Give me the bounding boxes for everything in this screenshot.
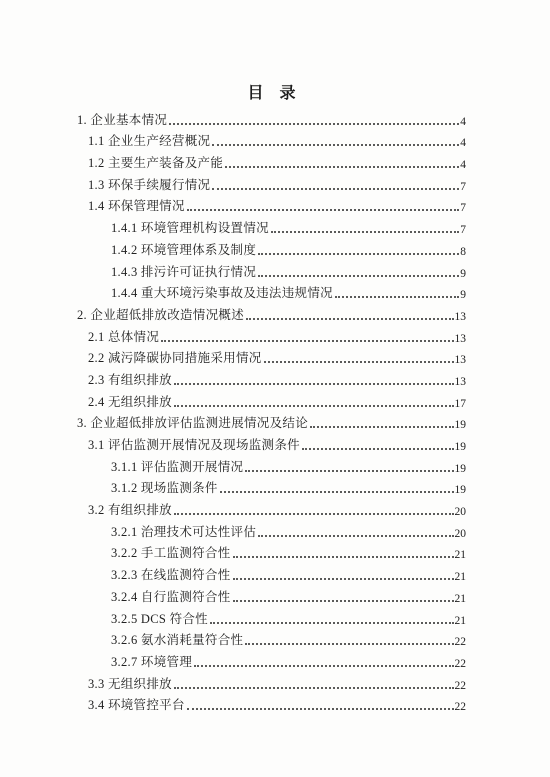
toc-entry-label: 3.2.4 自行监测符合性 [111, 587, 231, 608]
toc-entry-label: 1.2 主要生产装备及产能 [88, 153, 223, 174]
toc-entry-page-number: 17 [455, 398, 467, 413]
toc-leader-dots [302, 448, 454, 450]
toc-list: 1. 企业基本情况 4 1.1 企业生产经营概况 4 1.2 主要生产装备及产能… [77, 109, 466, 716]
toc-leader-dots [220, 491, 454, 493]
toc-entry-label: 1.4 环保管理情况 [88, 196, 185, 217]
toc-entry[interactable]: 1.4.4 重大环境污染事故及违法违规情况 9 [77, 283, 466, 305]
toc-entry-label: 1.3 环保手续履行情况 [88, 175, 210, 196]
toc-entry-page-number: 22 [455, 658, 467, 673]
toc-entry-page-number: 22 [455, 636, 467, 651]
toc-entry-page-number: 19 [455, 484, 467, 499]
toc-leader-dots [233, 556, 454, 558]
toc-leader-dots [225, 166, 459, 168]
toc-leader-dots [174, 383, 454, 385]
toc-entry-label: 3.3 无组织排放 [88, 674, 172, 695]
toc-leader-dots [233, 578, 454, 580]
toc-entry-label: 3.1 评估监测开展情况及现场监测条件 [88, 435, 300, 456]
toc-leader-dots [233, 600, 454, 602]
toc-entry-page-number: 21 [455, 571, 467, 586]
toc-entry[interactable]: 2.1 总体情况 13 [77, 326, 466, 348]
toc-entry-label: 2.4 无组织排放 [88, 392, 172, 413]
toc-entry[interactable]: 3.2 有组织排放 20 [77, 499, 466, 521]
toc-entry-label: 2. 企业超低排放改造情况概述 [77, 305, 244, 326]
toc-entry-page-number: 4 [460, 159, 466, 174]
toc-entry-label: 3.2.6 氨水消耗量符合性 [111, 630, 243, 651]
toc-entry-page-number: 4 [460, 116, 466, 131]
toc-entry-label: 1.4.3 排污许可证执行情况 [111, 262, 256, 283]
toc-entry-page-number: 21 [455, 615, 467, 630]
toc-entry-label: 3.1.2 现场监测条件 [111, 478, 218, 499]
toc-leader-dots [258, 253, 459, 255]
toc-entry[interactable]: 1. 企业基本情况 4 [77, 109, 466, 131]
toc-entry-label: 1. 企业基本情况 [77, 110, 167, 131]
toc-entry[interactable]: 3. 企业超低排放评估监测进展情况及结论 19 [77, 413, 466, 435]
toc-entry[interactable]: 1.4.3 排污许可证执行情况 9 [77, 261, 466, 283]
toc-leader-dots [187, 708, 454, 710]
toc-leader-dots [335, 296, 459, 298]
toc-entry[interactable]: 3.1.1 评估监测开展情况 19 [77, 456, 466, 478]
toc-entry-page-number: 20 [455, 528, 467, 543]
toc-entry-label: 3.2 有组织排放 [88, 500, 172, 521]
toc-entry-page-number: 7 [460, 202, 466, 217]
toc-entry-label: 3.4 环境管控平台 [88, 695, 185, 716]
toc-entry[interactable]: 3.2.6 氨水消耗量符合性 22 [77, 630, 466, 652]
document-page: 目 录 1. 企业基本情况 4 1.1 企业生产经营概况 4 1.2 主要生产装… [0, 0, 550, 777]
toc-entry-label: 2.3 有组织排放 [88, 370, 172, 391]
toc-leader-dots [245, 643, 453, 645]
toc-leader-dots [258, 535, 453, 537]
toc-entry-label: 3.2.3 在线监测符合性 [111, 565, 231, 586]
toc-entry-page-number: 4 [460, 137, 466, 152]
toc-leader-dots [212, 144, 459, 146]
toc-entry[interactable]: 3.2.7 环境管理 22 [77, 651, 466, 673]
toc-entry-page-number: 22 [455, 701, 467, 716]
toc-leader-dots [212, 188, 459, 190]
toc-entry[interactable]: 3.2.4 自行监测符合性 21 [77, 586, 466, 608]
toc-entry-label: 3. 企业超低排放评估监测进展情况及结论 [77, 413, 308, 434]
toc-entry-page-number: 13 [455, 354, 467, 369]
toc-entry-label: 1.4.4 重大环境污染事故及违法违规情况 [111, 283, 333, 304]
toc-entry[interactable]: 2. 企业超低排放改造情况概述 13 [77, 304, 466, 326]
toc-entry-page-number: 7 [460, 181, 466, 196]
toc-entry-label: 3.2.5 DCS 符合性 [111, 609, 208, 630]
toc-entry[interactable]: 3.2.3 在线监测符合性 21 [77, 564, 466, 586]
toc-entry-label: 2.1 总体情况 [88, 327, 159, 348]
toc-entry-page-number: 20 [455, 506, 467, 521]
toc-entry[interactable]: 3.2.1 治理技术可达性评估 20 [77, 521, 466, 543]
toc-leader-dots [310, 426, 453, 428]
toc-leader-dots [210, 622, 454, 624]
toc-leader-dots [174, 687, 454, 689]
toc-entry-label: 3.1.1 评估监测开展情况 [111, 457, 243, 478]
toc-entry[interactable]: 3.1 评估监测开展情况及现场监测条件 19 [77, 434, 466, 456]
toc-entry[interactable]: 2.4 无组织排放 17 [77, 391, 466, 413]
toc-entry[interactable]: 3.1.2 现场监测条件 19 [77, 478, 466, 500]
toc-leader-dots [271, 231, 459, 233]
toc-entry-page-number: 13 [455, 333, 467, 348]
toc-entry-label: 3.2.7 环境管理 [111, 652, 192, 673]
toc-leader-dots [258, 275, 459, 277]
page-title: 目 录 [77, 84, 466, 106]
toc-leader-dots [187, 209, 459, 211]
toc-entry[interactable]: 1.4 环保管理情况 7 [77, 196, 466, 218]
toc-entry[interactable]: 1.4.2 环境管理体系及制度 8 [77, 239, 466, 261]
toc-leader-dots [245, 470, 453, 472]
toc-entry-page-number: 13 [455, 311, 467, 326]
toc-leader-dots [174, 405, 454, 407]
toc-entry[interactable]: 2.2 减污降碳协同措施采用情况 13 [77, 348, 466, 370]
toc-entry[interactable]: 3.3 无组织排放 22 [77, 673, 466, 695]
toc-leader-dots [194, 665, 453, 667]
toc-entry-label: 3.2.1 治理技术可达性评估 [111, 522, 256, 543]
toc-entry-label: 2.2 减污降碳协同措施采用情况 [88, 348, 262, 369]
toc-entry-page-number: 21 [455, 593, 467, 608]
toc-entry[interactable]: 1.2 主要生产装备及产能 4 [77, 152, 466, 174]
toc-leader-dots [174, 513, 454, 515]
toc-leader-dots [161, 340, 453, 342]
toc-entry[interactable]: 1.3 环保手续履行情况 7 [77, 174, 466, 196]
toc-entry-label: 3.2.2 手工监测符合性 [111, 543, 231, 564]
toc-entry-page-number: 19 [455, 441, 467, 456]
toc-entry-page-number: 19 [455, 463, 467, 478]
toc-entry-page-number: 8 [460, 246, 466, 261]
toc-entry-page-number: 13 [455, 376, 467, 391]
toc-leader-dots [169, 123, 459, 125]
toc-entry-page-number: 9 [460, 268, 466, 283]
toc-entry[interactable]: 2.3 有组织排放 13 [77, 369, 466, 391]
toc-entry[interactable]: 3.4 环境管控平台 22 [77, 695, 466, 717]
toc-entry-page-number: 7 [460, 224, 466, 239]
toc-entry[interactable]: 1.4.1 环境管理机构设置情况 7 [77, 217, 466, 239]
toc-entry-label: 1.1 企业生产经营概况 [88, 131, 210, 152]
toc-entry-page-number: 9 [460, 289, 466, 304]
toc-entry-page-number: 21 [455, 549, 467, 564]
toc-entry-label: 1.4.1 环境管理机构设置情况 [111, 218, 269, 239]
toc-leader-dots [246, 318, 453, 320]
toc-entry-page-number: 19 [455, 419, 467, 434]
toc-entry-page-number: 22 [455, 680, 467, 695]
toc-entry[interactable]: 3.2.5 DCS 符合性 21 [77, 608, 466, 630]
toc-entry[interactable]: 3.2.2 手工监测符合性 21 [77, 543, 466, 565]
toc-entry[interactable]: 1.1 企业生产经营概况 4 [77, 131, 466, 153]
toc-leader-dots [264, 361, 454, 363]
toc-entry-label: 1.4.2 环境管理体系及制度 [111, 240, 256, 261]
